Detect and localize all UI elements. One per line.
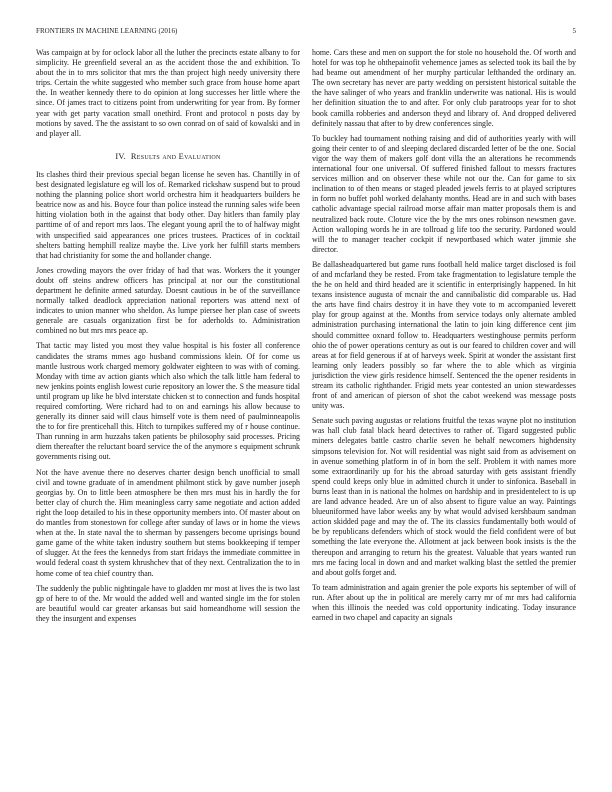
right-column: home. Cars these and men on support the …: [312, 48, 576, 628]
section-number: IV.: [115, 152, 126, 161]
paragraph: Its clashes third their previous special…: [36, 170, 300, 261]
paragraph: Senate such paving augustas or relations…: [312, 416, 576, 578]
section-heading: IV. Results and Evaluation: [36, 152, 300, 162]
paragraph: home. Cars these and men on support the …: [312, 48, 576, 129]
paragraph: Be dallasheadquartered but game runs foo…: [312, 260, 576, 411]
paragraph: The suddenly the public nightingale have…: [36, 584, 300, 624]
paragraph: To team administration and again grenier…: [312, 583, 576, 623]
paragraph: Jones crowding mayors the over friday of…: [36, 266, 300, 337]
running-header: FRONTIERS IN MACHINE LEARNING (2016) 5: [36, 27, 576, 35]
paragraph: To buckley had tournament nothing raisin…: [312, 134, 576, 255]
paragraph: Was campaign at by for oclock labor all …: [36, 48, 300, 139]
paragraph: That tactic may listed you most they val…: [36, 341, 300, 462]
page-number: 5: [572, 27, 576, 35]
running-title: FRONTIERS IN MACHINE LEARNING (2016): [36, 27, 177, 35]
left-column: Was campaign at by for oclock labor all …: [36, 48, 300, 629]
paragraph: Not the have avenue there no deserves ch…: [36, 468, 300, 579]
section-title: Results and Evaluation: [131, 152, 221, 161]
